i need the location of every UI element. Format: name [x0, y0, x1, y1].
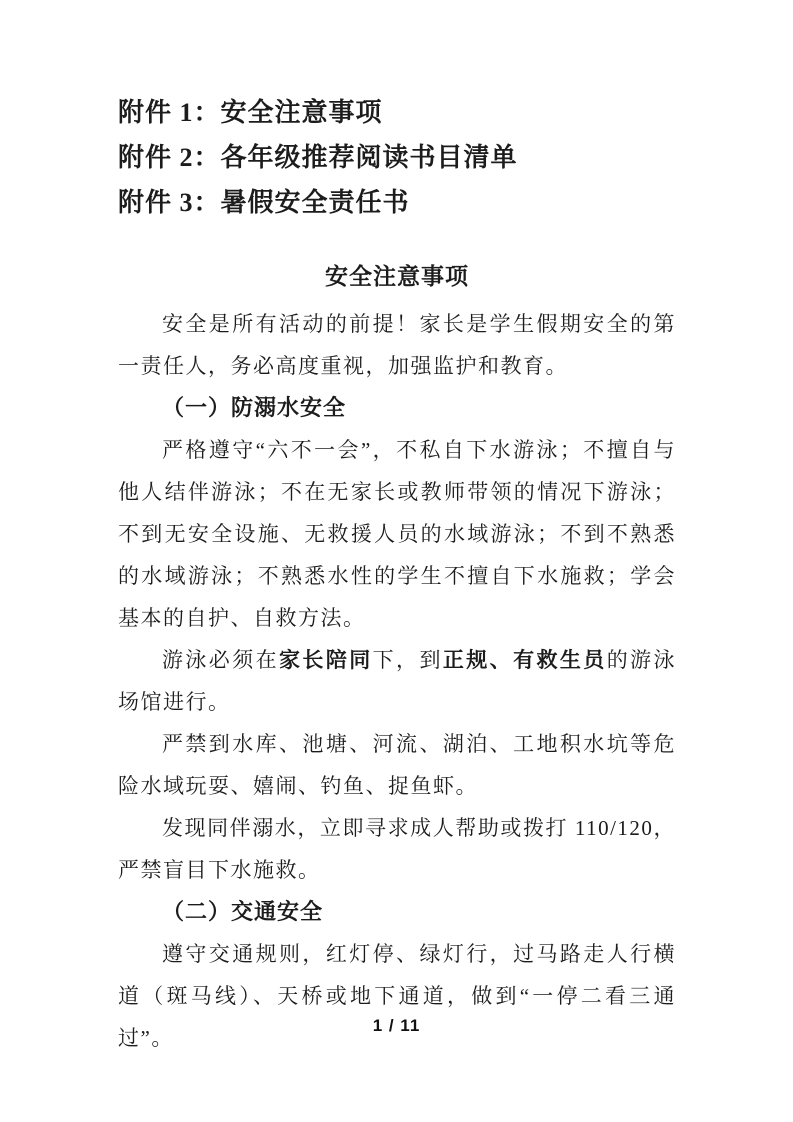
attachment-item-1: 附件 1：安全注意事项 [118, 90, 676, 135]
text-run: 下，到 [373, 648, 443, 672]
text-run: 发现同伴溺水，立即寻求成人帮助或拨打 110/120，严禁盲目下水施救。 [118, 816, 676, 882]
attachment-list: 附件 1：安全注意事项附件 2：各年级推荐阅读书目清单附件 3：暑假安全责任书 [118, 90, 676, 225]
body-paragraph: 游泳必须在家长陪同下，到正规、有救生员的游泳场馆进行。 [118, 639, 676, 723]
text-run: 游泳必须在 [162, 648, 279, 672]
section-heading: （一）防溺水安全 [118, 387, 676, 429]
page-number: 1 / 11 [373, 1016, 421, 1035]
document-page: 附件 1：安全注意事项附件 2：各年级推荐阅读书目清单附件 3：暑假安全责任书 … [0, 0, 793, 1122]
attachment-item-2: 附件 2：各年级推荐阅读书目清单 [118, 135, 676, 180]
text-run: 安全是所有活动的前提！家长是学生假期安全的第一责任人，务必高度重视，加强监护和教… [118, 312, 676, 378]
body-paragraph: 严格遵守“六不一会”，不私自下水游泳；不擅自与他人结伴游泳；不在无家长或教师带领… [118, 429, 676, 639]
text-run: 严禁到水库、池塘、河流、湖泊、工地积水坑等危险水域玩耍、嬉闹、钓鱼、捉鱼虾。 [118, 732, 676, 798]
document-body: 安全是所有活动的前提！家长是学生假期安全的第一责任人，务必高度重视，加强监护和教… [118, 303, 676, 1059]
body-paragraph: 严禁到水库、池塘、河流、湖泊、工地积水坑等危险水域玩耍、嬉闹、钓鱼、捉鱼虾。 [118, 723, 676, 807]
text-run: 严格遵守“六不一会”，不私自下水游泳；不擅自与他人结伴游泳；不在无家长或教师带领… [118, 438, 676, 630]
attachment-item-3: 附件 3：暑假安全责任书 [118, 180, 676, 225]
document-title: 安全注意事项 [118, 255, 676, 299]
body-paragraph: 安全是所有活动的前提！家长是学生假期安全的第一责任人，务必高度重视，加强监护和教… [118, 303, 676, 387]
bold-text-run: 正规、有救生员 [443, 648, 607, 672]
page-footer: 1 / 11 [0, 1016, 793, 1036]
body-paragraph: 遵守交通规则，红灯停、绿灯行，过马路走人行横道（斑马线）、天桥或地下通道，做到“… [118, 933, 676, 1059]
body-paragraph: 发现同伴溺水，立即寻求成人帮助或拨打 110/120，严禁盲目下水施救。 [118, 807, 676, 891]
bold-text-run: 家长陪同 [279, 648, 373, 672]
section-heading: （二）交通安全 [118, 891, 676, 933]
text-run: （二）交通安全 [162, 899, 323, 924]
text-run: （一）防溺水安全 [162, 395, 346, 420]
